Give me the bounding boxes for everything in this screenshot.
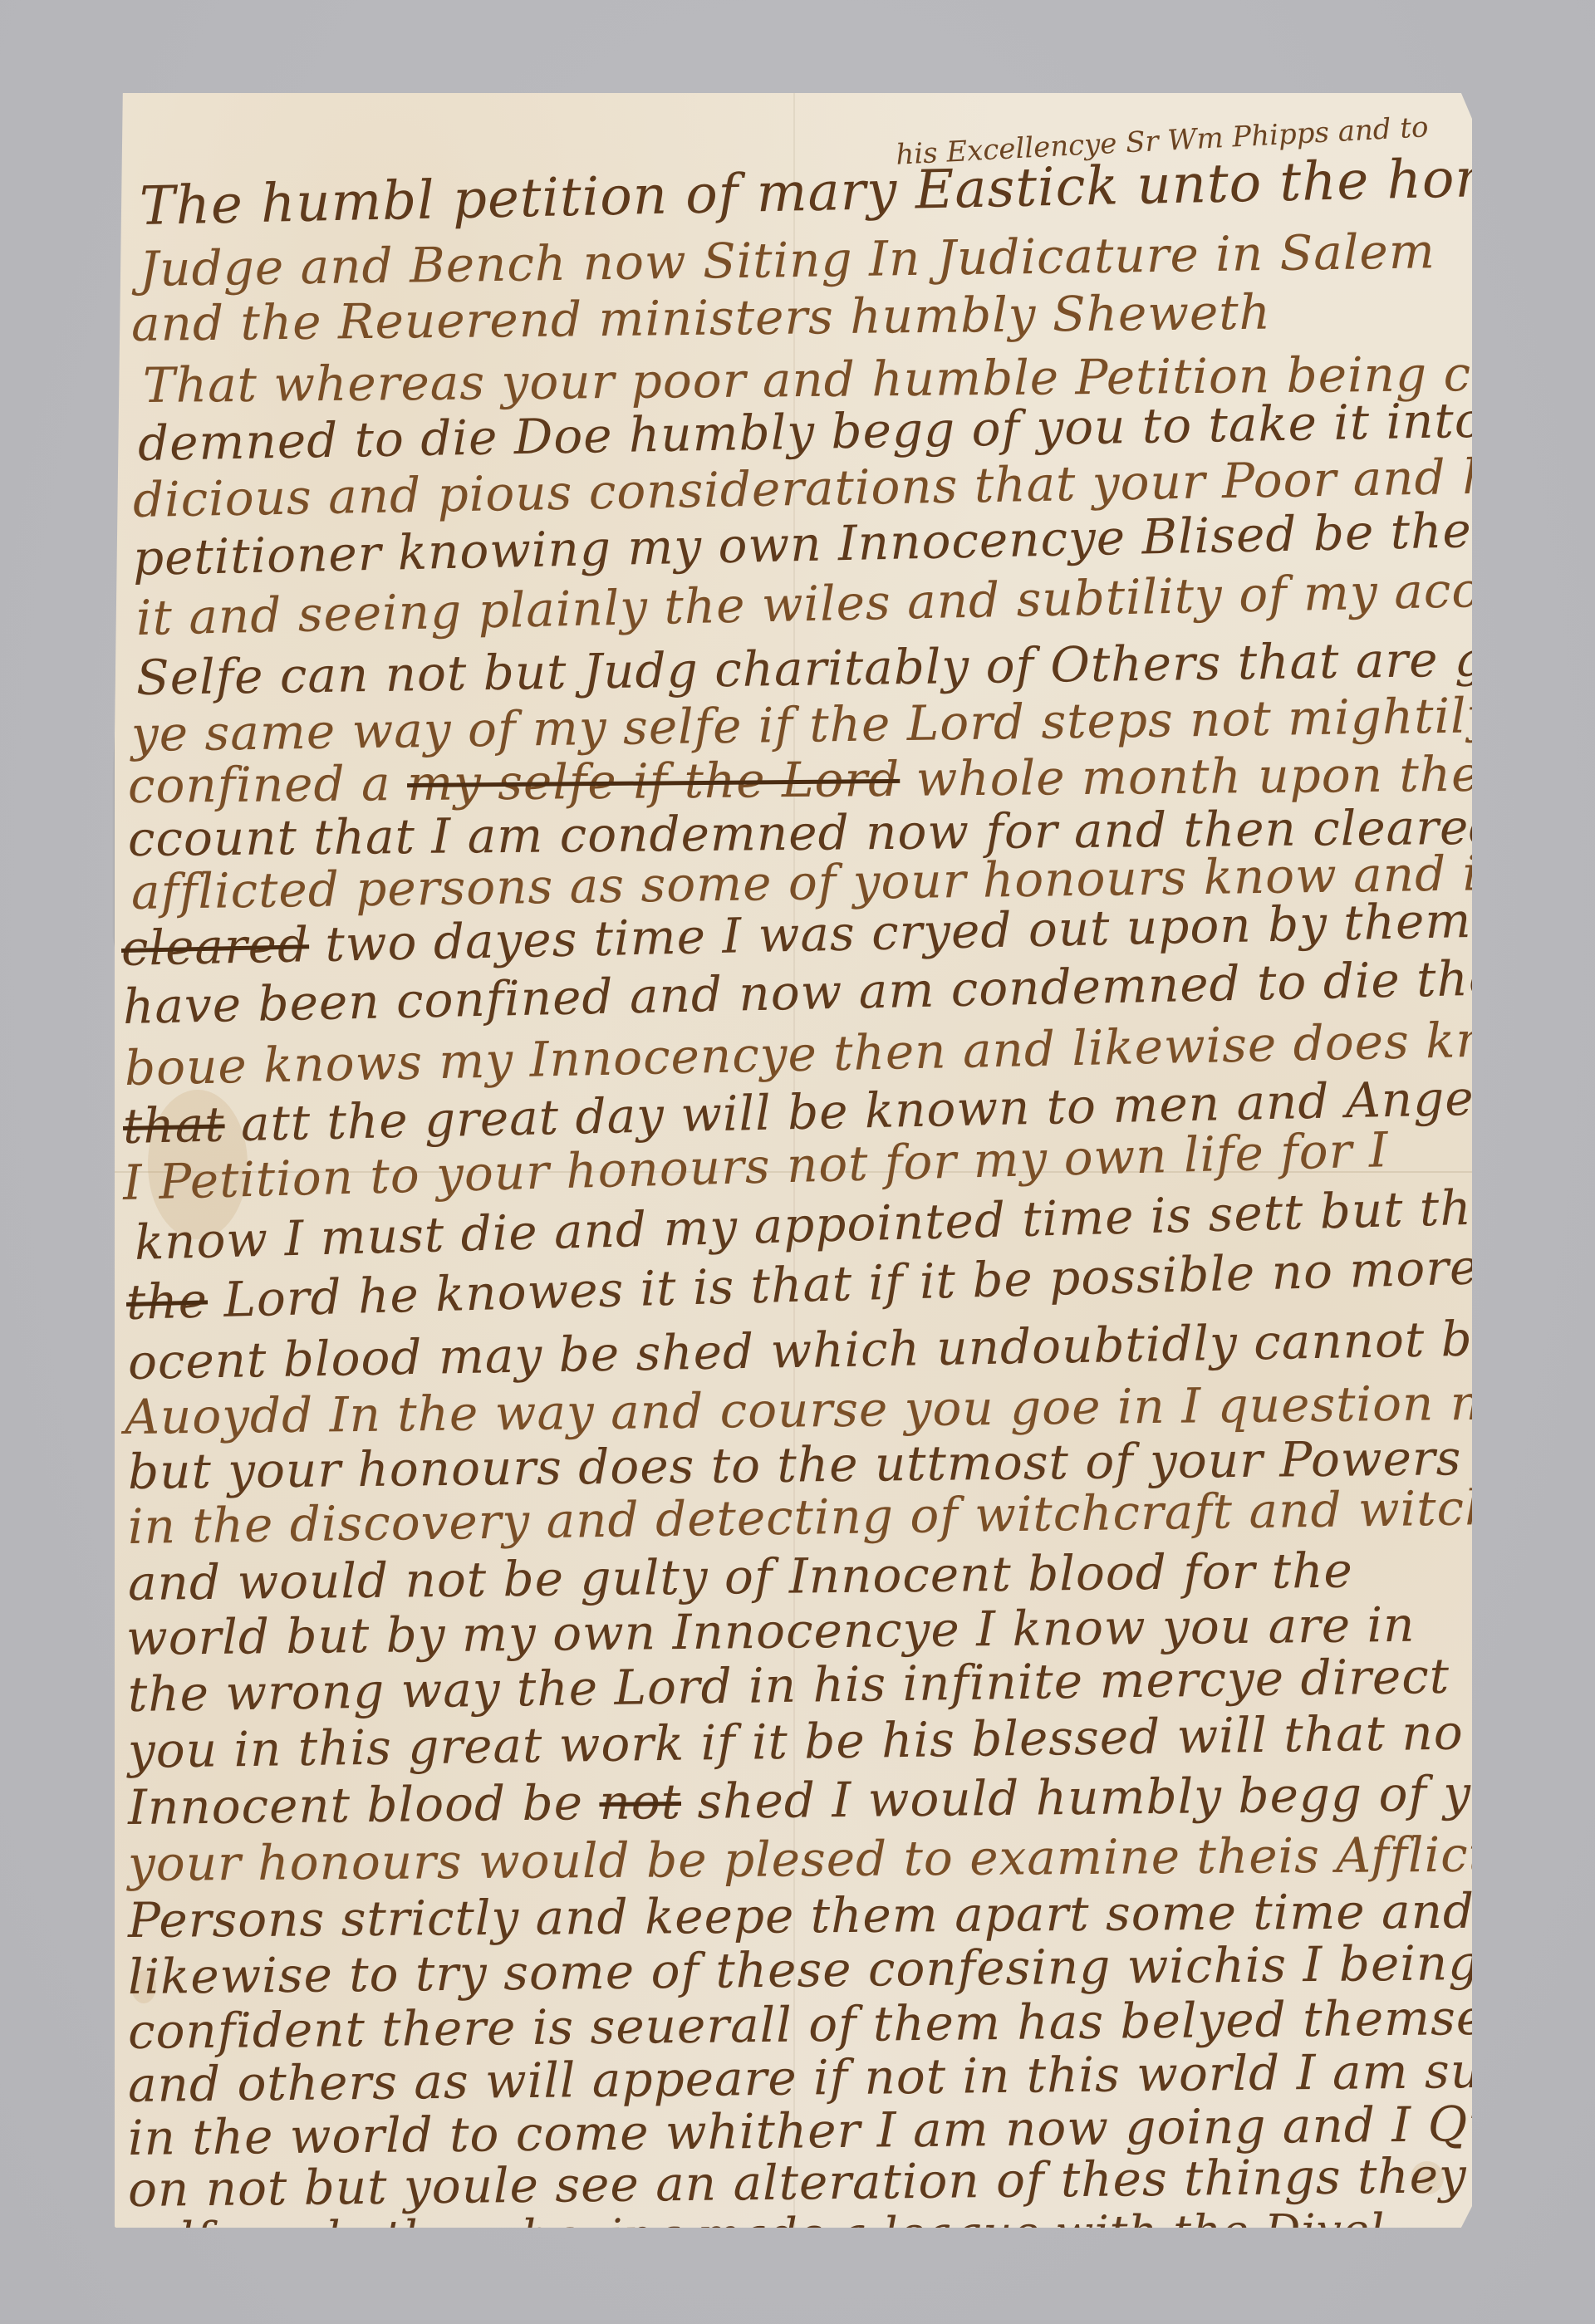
manuscript-line-38: with we cannot confesse I know and the L…: [128, 2253, 1408, 2312]
manuscript-line-3: and the Reuerend ministers humbly Shewet…: [131, 284, 1272, 352]
line-29-end: shed I would humbly begg of you that: [681, 1763, 1595, 1830]
manuscript-line-30: your honours would be plesed to examine …: [128, 1826, 1550, 1892]
struck-through-text: with: [128, 2262, 228, 2312]
manuscript-line-37: selfe and others hauing made a league wi…: [128, 2204, 1386, 2265]
struck-through-text: not: [599, 1773, 681, 1831]
line-11-end: whole month upon the same a: [900, 744, 1595, 807]
line-11-start: confined a: [128, 755, 408, 814]
manuscript-page: his Excellencye Sr Wm Phipps and to The …: [115, 93, 1472, 2228]
struck-through-text: my selfe if the Lord: [407, 751, 901, 811]
line-38-end: we cannot confesse I know and the Lord k…: [227, 2253, 1408, 2312]
struck-through-text: cleared: [120, 916, 309, 977]
struck-through-text: the: [125, 1272, 209, 1331]
struck-through-text: that: [122, 1096, 225, 1155]
line-29-start: Innocent blood be: [128, 1774, 600, 1836]
